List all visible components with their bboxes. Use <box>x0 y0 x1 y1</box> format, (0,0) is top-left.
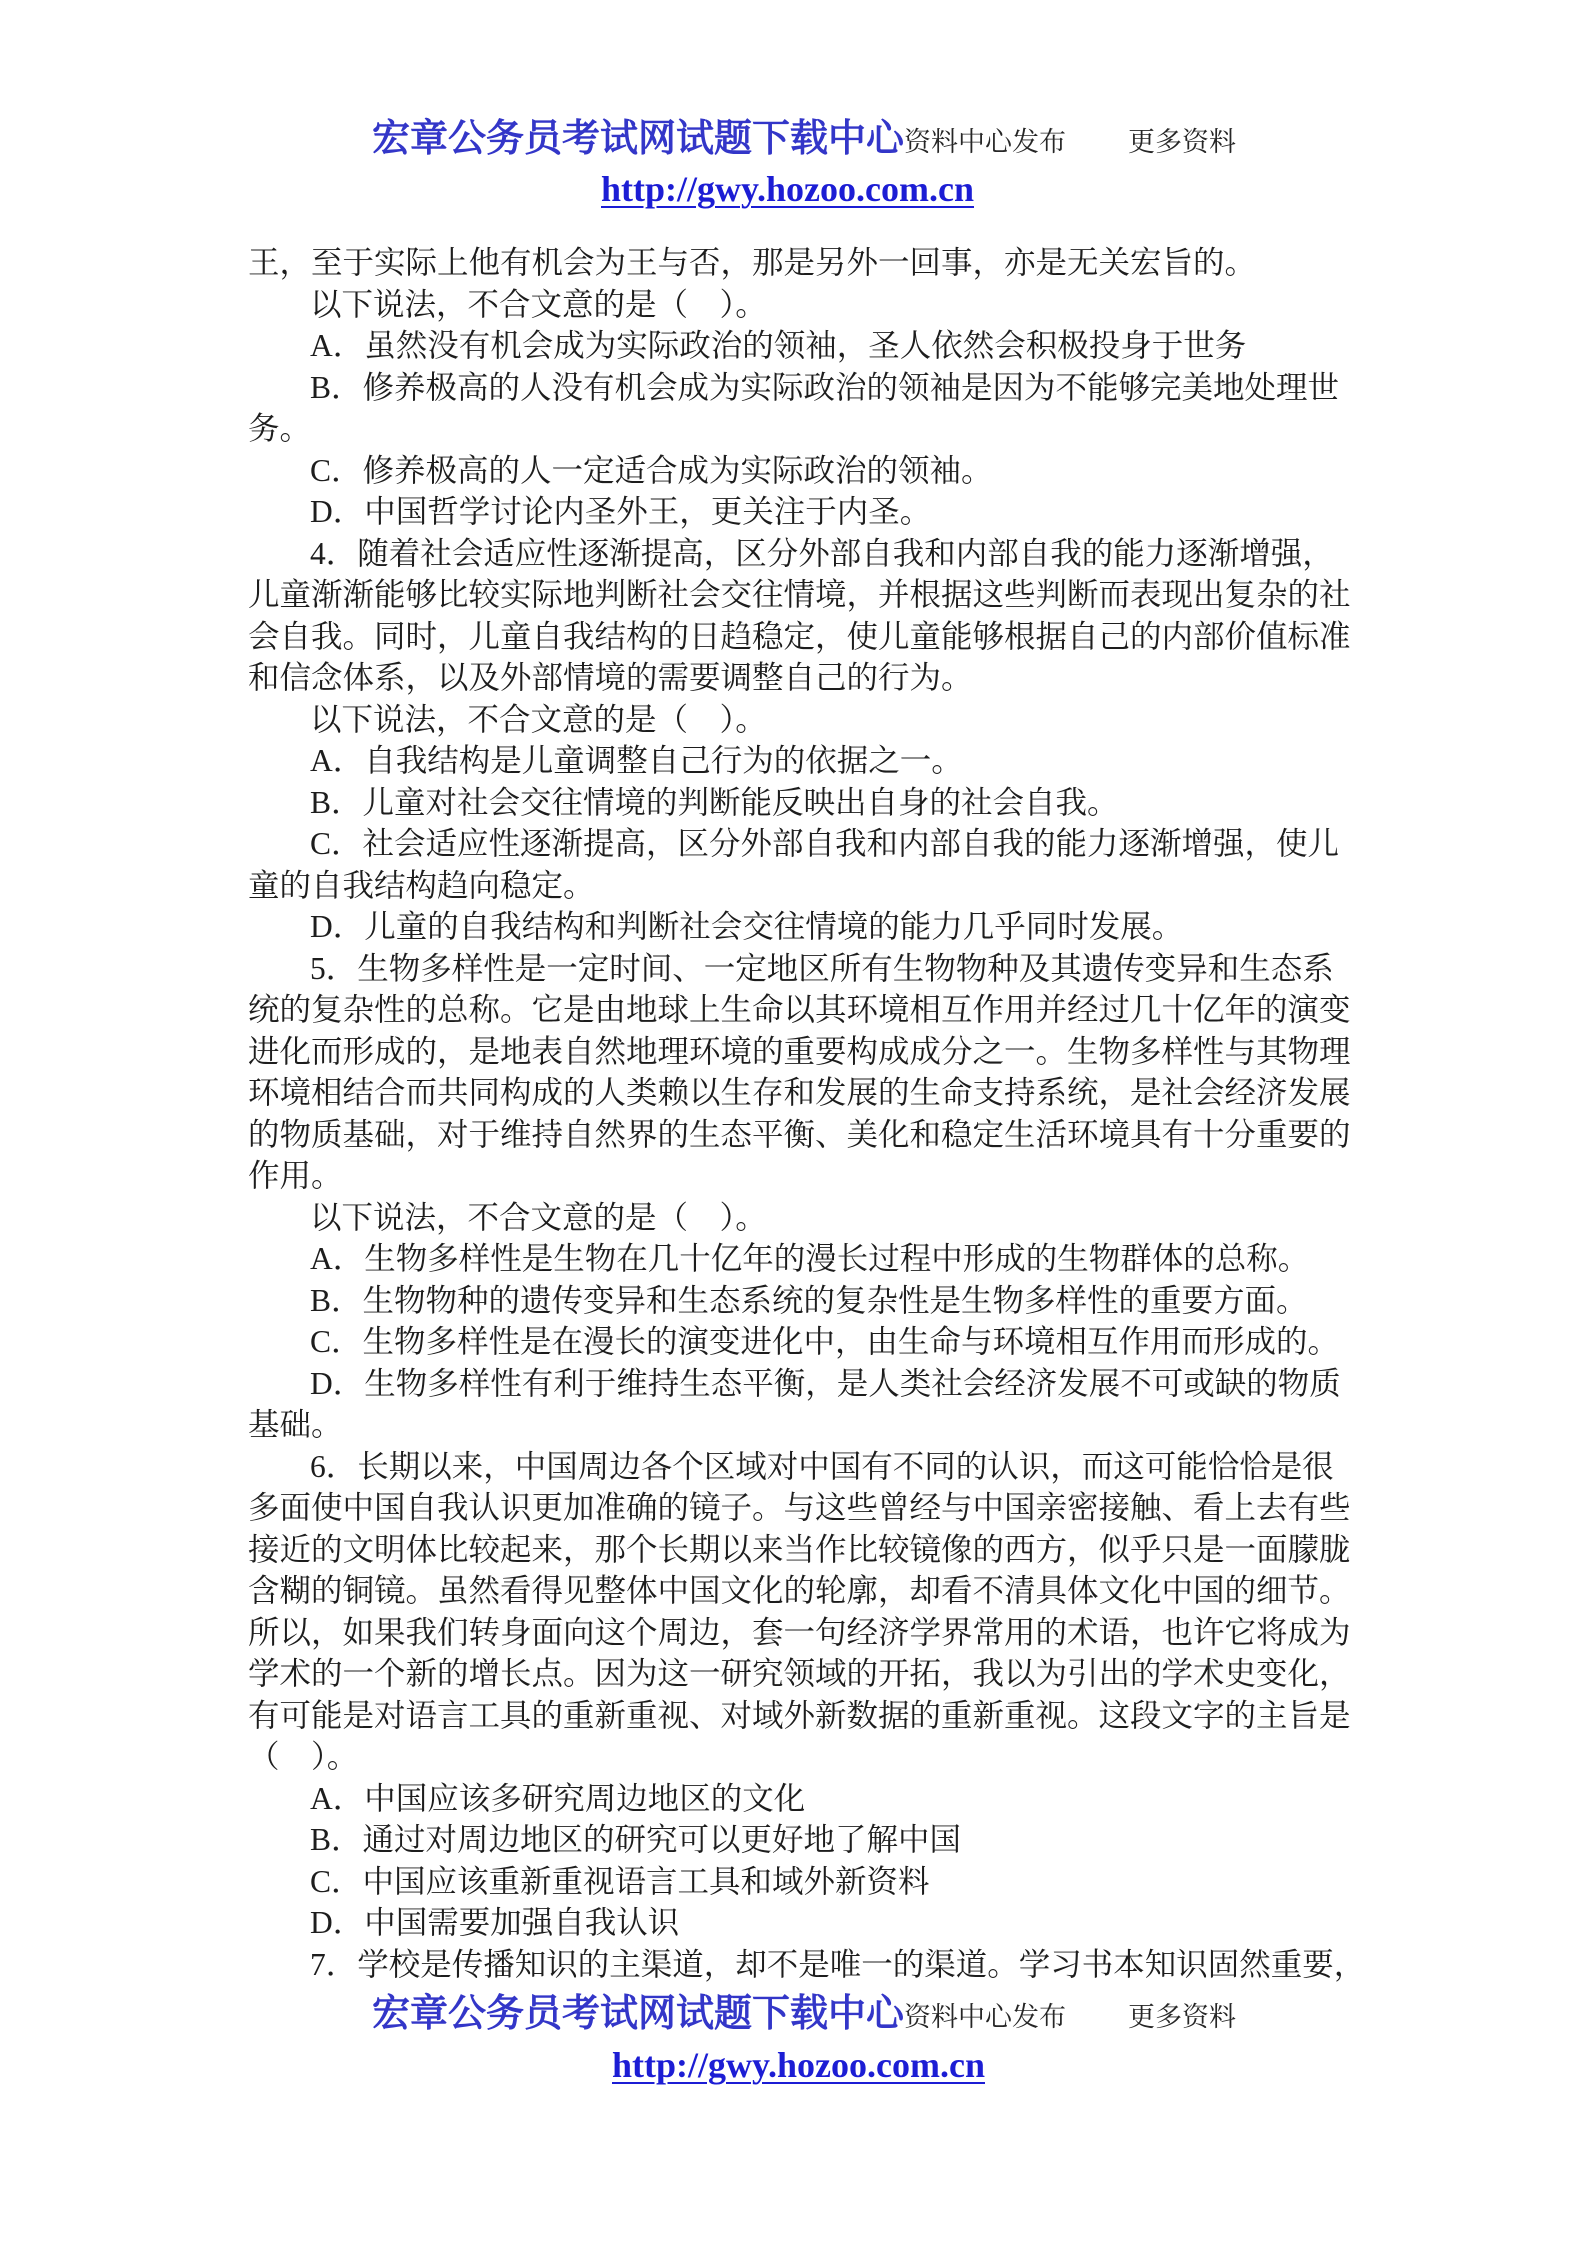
text-line: D．中国哲学讨论内圣外王，更关注于内圣。 <box>248 491 1378 533</box>
footer-publisher-label: 资料中心发布 <box>904 2004 1066 2031</box>
text-line: D．儿童的自我结构和判断社会交往情境的能力几乎同时发展。 <box>248 906 1378 948</box>
header-url-line: http://gwy.hozoo.com.cn <box>601 171 974 207</box>
text-line: 5．生物多样性是一定时间、一定地区所有生物物种及其遗传变异和生态系 <box>248 948 1378 990</box>
text-line: A．自我结构是儿童调整自己行为的依据之一。 <box>248 740 1378 782</box>
text-line: 进化而形成的，是地表自然地理环境的重要构成成分之一。生物多样性与其物理 <box>248 1031 1378 1073</box>
site-url-link[interactable]: http://gwy.hozoo.com.cn <box>601 169 974 209</box>
more-materials-link[interactable]: 更多资料 <box>1128 129 1236 156</box>
text-line: （ ）。 <box>248 1736 1378 1778</box>
publisher-label: 资料中心发布 <box>904 129 1066 156</box>
text-line: 和信念体系，以及外部情境的需要调整自己的行为。 <box>248 657 1378 699</box>
footer-banner: 宏章公务员考试网试题下载中心 资料中心发布 更多资料 <box>372 1995 1236 2033</box>
text-line: A．虽然没有机会成为实际政治的领袖，圣人依然会积极投身于世务 <box>248 325 1378 367</box>
text-line: 儿童渐渐能够比较实际地判断社会交往情境，并根据这些判断而表现出复杂的社 <box>248 574 1378 616</box>
text-line: 环境相结合而共同构成的人类赖以生存和发展的生命支持系统，是社会经济发展 <box>248 1072 1378 1114</box>
text-line: 作用。 <box>248 1155 1378 1197</box>
document-body: 王，至于实际上他有机会为王与否，那是另外一回事，亦是无关宏旨的。以下说法，不合文… <box>248 242 1378 1985</box>
text-line: C．生物多样性是在漫长的演变进化中，由生命与环境相互作用而形成的。 <box>248 1321 1378 1363</box>
text-line: 基础。 <box>248 1404 1378 1446</box>
text-line: C．社会适应性逐渐提高，区分外部自我和内部自我的能力逐渐增强，使儿 <box>248 823 1378 865</box>
text-line: 4．随着社会适应性逐渐提高，区分外部自我和内部自我的能力逐渐增强， <box>248 533 1378 575</box>
text-line: 6．长期以来，中国周边各个区域对中国有不同的认识，而这可能恰恰是很 <box>248 1446 1378 1488</box>
header-banner: 宏章公务员考试网试题下载中心 资料中心发布 更多资料 <box>372 120 1236 158</box>
text-line: 以下说法，不合文意的是（ ）。 <box>248 1197 1378 1239</box>
text-line: B．生物物种的遗传变异和生态系统的复杂性是生物多样性的重要方面。 <box>248 1280 1378 1322</box>
text-line: 接近的文明体比较起来，那个长期以来当作比较镜像的西方，似乎只是一面朦胧 <box>248 1529 1378 1571</box>
text-line: C．中国应该重新重视语言工具和域外新资料 <box>248 1861 1378 1903</box>
text-line: 所以，如果我们转身面向这个周边，套一句经济学界常用的术语，也许它将成为 <box>248 1612 1378 1654</box>
text-line: 的物质基础，对于维持自然界的生态平衡、美化和稳定生活环境具有十分重要的 <box>248 1114 1378 1156</box>
footer-more-materials-link[interactable]: 更多资料 <box>1128 2004 1236 2031</box>
text-line: 7．学校是传播知识的主渠道，却不是唯一的渠道。学习书本知识固然重要， <box>248 1944 1378 1986</box>
text-line: B．修养极高的人没有机会成为实际政治的领袖是因为不能够完美地处理世 <box>248 367 1378 409</box>
text-line: 会自我。同时，儿童自我结构的日趋稳定，使儿童能够根据自己的内部价值标准 <box>248 616 1378 658</box>
text-line: 统的复杂性的总称。它是由地球上生命以其环境相互作用并经过几十亿年的演变 <box>248 989 1378 1031</box>
site-title: 宏章公务员考试网试题下载中心 <box>372 120 904 158</box>
text-line: C．修养极高的人一定适合成为实际政治的领袖。 <box>248 450 1378 492</box>
text-line: D．中国需要加强自我认识 <box>248 1902 1378 1944</box>
text-line: A．中国应该多研究周边地区的文化 <box>248 1778 1378 1820</box>
text-line: B．通过对周边地区的研究可以更好地了解中国 <box>248 1819 1378 1861</box>
text-line: 务。 <box>248 408 1378 450</box>
text-line: B．儿童对社会交往情境的判断能反映出自身的社会自我。 <box>248 782 1378 824</box>
footer-site-url-link[interactable]: http://gwy.hozoo.com.cn <box>612 2045 985 2085</box>
text-line: 含糊的铜镜。虽然看得见整体中国文化的轮廓，却看不清具体文化中国的细节。 <box>248 1570 1378 1612</box>
scanned-exam-page: 宏章公务员考试网试题下载中心 资料中心发布 更多资料 http://gwy.ho… <box>0 0 1594 2252</box>
text-line: 多面使中国自我认识更加准确的镜子。与这些曾经与中国亲密接触、看上去有些 <box>248 1487 1378 1529</box>
text-line: 有可能是对语言工具的重新重视、对域外新数据的重新重视。这段文字的主旨是 <box>248 1695 1378 1737</box>
text-line: 童的自我结构趋向稳定。 <box>248 865 1378 907</box>
text-line: D．生物多样性有利于维持生态平衡，是人类社会经济发展不可或缺的物质 <box>248 1363 1378 1405</box>
text-line: 学术的一个新的增长点。因为这一研究领域的开拓，我以为引出的学术史变化， <box>248 1653 1378 1695</box>
text-line: 以下说法，不合文意的是（ ）。 <box>248 284 1378 326</box>
text-line: 以下说法，不合文意的是（ ）。 <box>248 699 1378 741</box>
footer-url-line: http://gwy.hozoo.com.cn <box>612 2047 985 2083</box>
text-line: A．生物多样性是生物在几十亿年的漫长过程中形成的生物群体的总称。 <box>248 1238 1378 1280</box>
footer-site-title: 宏章公务员考试网试题下载中心 <box>372 1995 904 2033</box>
text-line: 王，至于实际上他有机会为王与否，那是另外一回事，亦是无关宏旨的。 <box>248 242 1378 284</box>
